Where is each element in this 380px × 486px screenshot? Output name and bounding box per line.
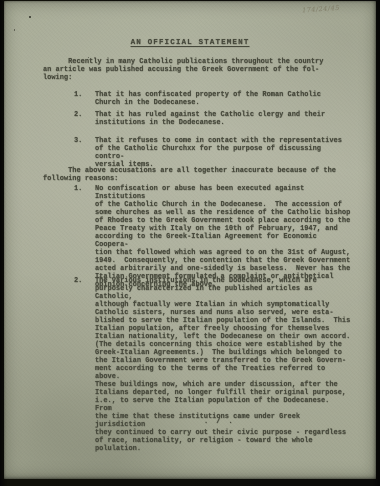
ink-speck bbox=[88, 57, 89, 58]
reason-number: 2. bbox=[74, 277, 95, 453]
reason-item: 1. No confiscation or abuse has been exe… bbox=[74, 185, 352, 289]
transition-paragraph: The above accusations are all together i… bbox=[43, 167, 350, 183]
reason-number: 1. bbox=[74, 185, 95, 289]
paper-sheet: 174/24/45 AN OFFICIAL STATEMENT Recently… bbox=[4, 1, 376, 479]
accusation-number: 3. bbox=[74, 137, 95, 169]
accusation-number: 1. bbox=[74, 91, 95, 107]
document-title: AN OFFICIAL STATEMENT bbox=[4, 39, 376, 47]
reason-text: The various institutions in the Dodecane… bbox=[95, 277, 352, 453]
accusation-item: 1. That it has confiscated property of t… bbox=[74, 91, 352, 107]
ink-speck bbox=[14, 29, 15, 31]
accusation-text: That it has ruled against the Catholic c… bbox=[95, 111, 352, 127]
accusation-number: 2. bbox=[74, 111, 95, 127]
reason-text: No confiscation or abuse has been execut… bbox=[95, 185, 352, 289]
handwritten-annotation: 174/24/45 bbox=[302, 2, 372, 15]
accusation-item: 2. That it has ruled against the Catholi… bbox=[74, 111, 352, 127]
intro-paragraph: Recently in many Catholic publications t… bbox=[43, 58, 350, 82]
accusation-text: That it refuses to come in contact with … bbox=[95, 137, 352, 169]
reason-item: 2. The various institutions in the Dodec… bbox=[74, 277, 352, 453]
accusation-text: That it has confiscated property of the … bbox=[95, 91, 352, 107]
continuation-mark: . / . bbox=[204, 418, 235, 426]
ink-speck bbox=[29, 16, 31, 18]
accusation-item: 3. That it refuses to come in contact wi… bbox=[74, 137, 352, 169]
